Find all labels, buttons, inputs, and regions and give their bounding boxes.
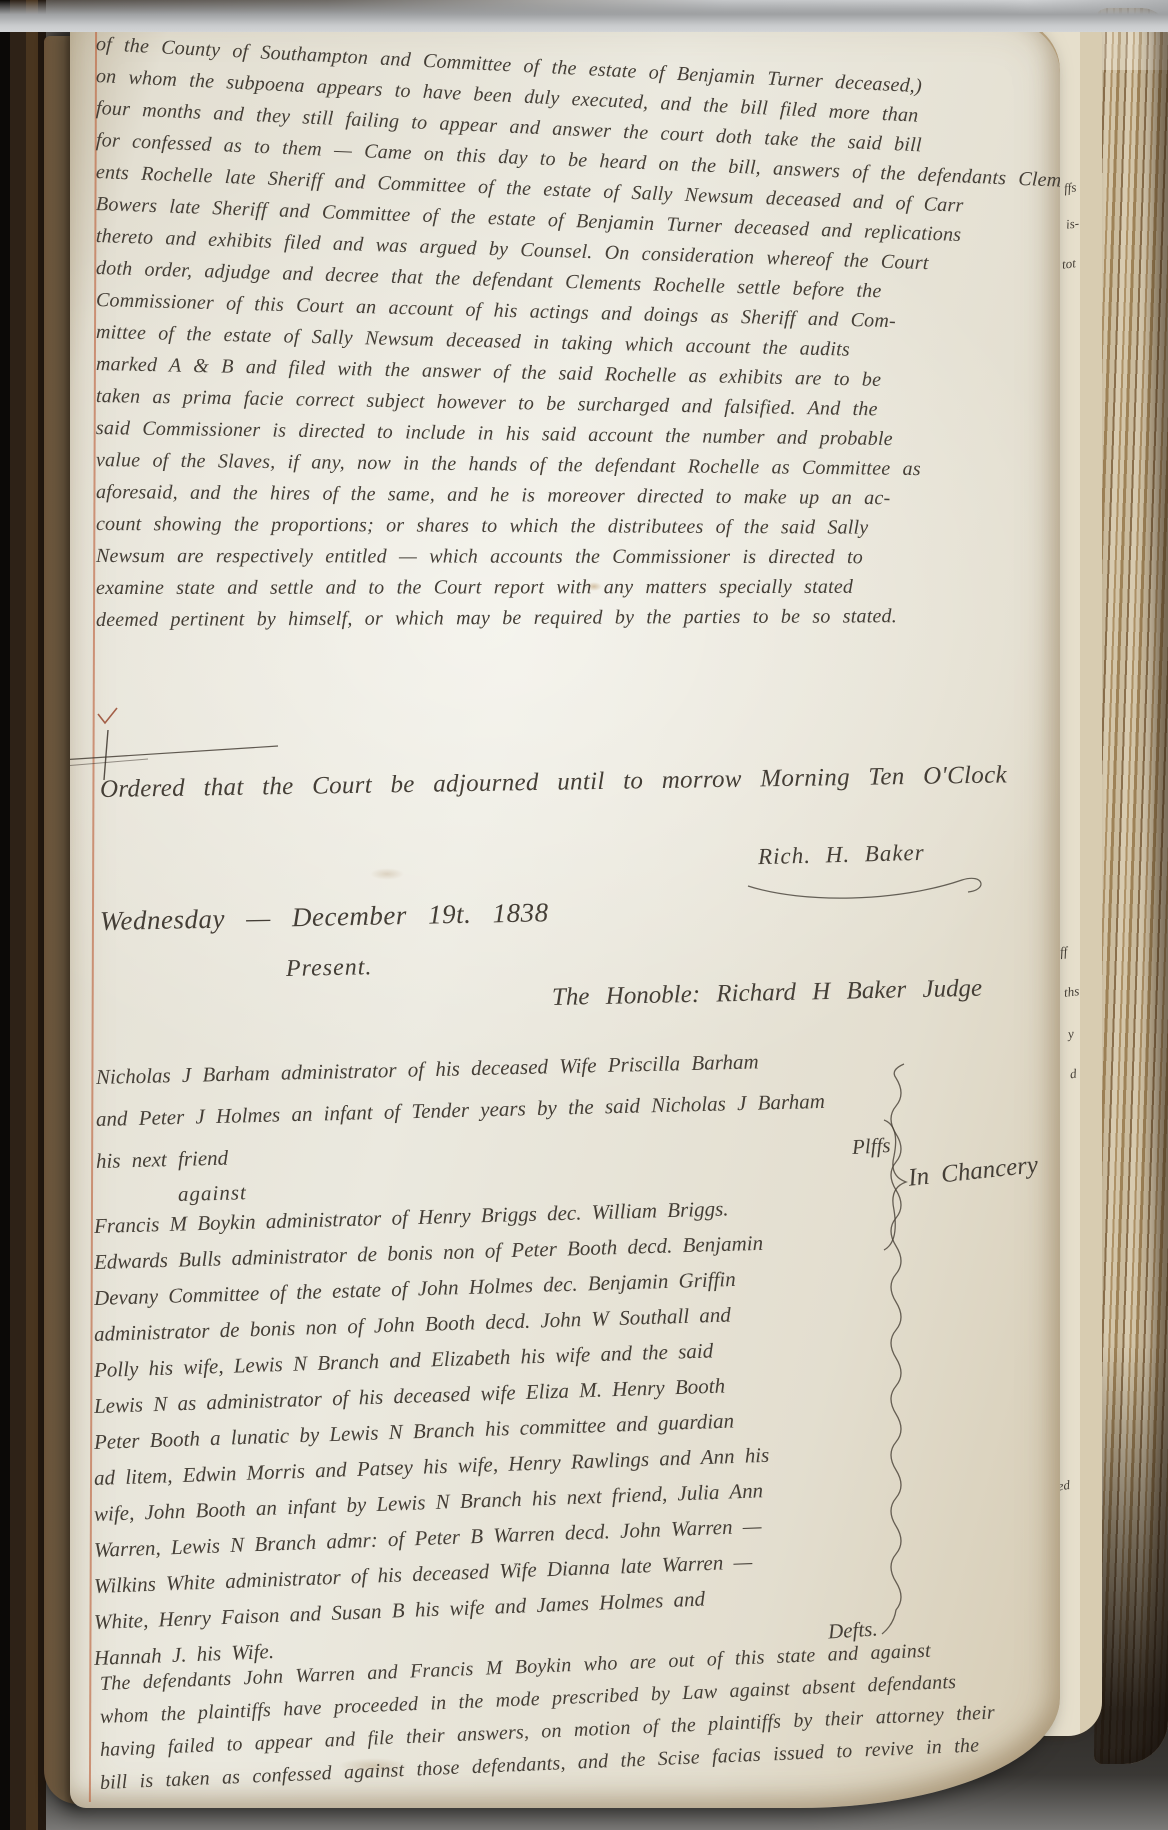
- bleedthrough-text-fragment: d: [1069, 1066, 1077, 1083]
- manuscript-photo: ffs is- tot ff ths y d ted of the County…: [0, 0, 1168, 1830]
- bleedthrough-text-fragment: ffs: [1063, 179, 1077, 196]
- photo-bottom-surface: [0, 0, 1168, 32]
- bleedthrough-text-fragment: ff: [1059, 944, 1068, 961]
- manuscript-line: examine state and settle and to the Cour…: [96, 571, 1046, 604]
- manuscript-page: of the County of Southampton and Committ…: [70, 16, 1060, 1808]
- book-cover-spine: [0, 0, 46, 1830]
- paper-stain: [370, 868, 404, 880]
- against-label: against: [178, 1180, 247, 1207]
- manuscript-line: deemed pertinent by himself, or which ma…: [96, 600, 1046, 636]
- bleedthrough-text-fragment: tot: [1061, 255, 1077, 273]
- court-jurisdiction-label: In Chancery: [907, 1151, 1039, 1192]
- bleedthrough-text-fragment: is-: [1065, 215, 1080, 232]
- decree-paragraph-absent-defendants: The defendants John Warren and Francis M…: [100, 1668, 1050, 1800]
- court-decree-paragraph: of the County of Southampton and Committ…: [96, 28, 1046, 636]
- session-date-heading: Wednesday — December 19t. 1838: [100, 897, 549, 937]
- signature-flourish: [742, 866, 1002, 916]
- plaintiffs-caption: Nicholas J Barham administrator of his d…: [96, 1056, 896, 1182]
- presiding-judge-line: The Honoble: Richard H Baker Judge: [552, 975, 983, 1012]
- bleedthrough-text-fragment: y: [1067, 1026, 1075, 1043]
- present-label: Present.: [286, 954, 373, 983]
- manuscript-line: Newsum are respectively entitled — which…: [96, 540, 1046, 573]
- manuscript-line: count showing the proportions; or shares…: [96, 508, 1046, 544]
- bleedthrough-text-fragment: ths: [1063, 983, 1080, 1001]
- defendants-caption: Francis M Boykin administrator of Henry …: [94, 1208, 904, 1676]
- book-fore-edge-pages: [1094, 8, 1168, 1764]
